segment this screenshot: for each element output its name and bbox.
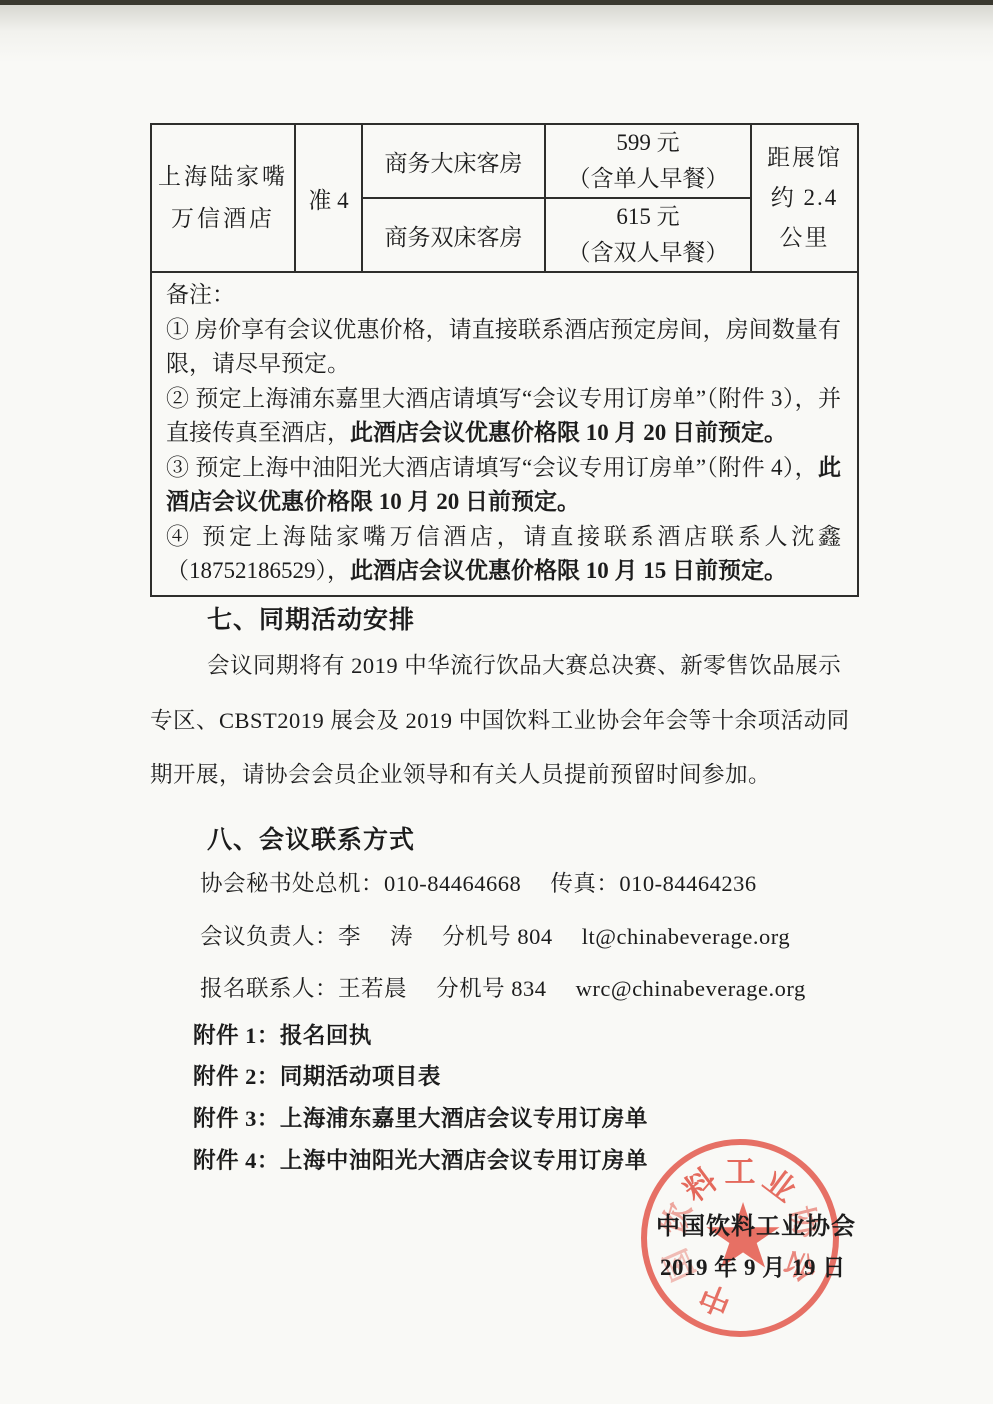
hotel-name-cell: 上海陆家嘴 万信酒店 <box>151 124 295 272</box>
attachment-item-2: 附件 2：同期活动项目表 <box>193 1059 441 1091</box>
distance-line1: 距展馆 <box>752 138 857 178</box>
room-price: 615 元 <box>546 199 750 235</box>
seal-ring-character: 料 <box>673 1156 725 1211</box>
contact-line-registration: 报名联系人：王若晨 分机号 834 wrc@chinabeverage.org <box>200 971 806 1003</box>
contact-line-switchboard: 协会秘书处总机：010-84464668 传真：010-84464236 <box>200 866 757 898</box>
attachment-item-1: 附件 1：报名回执 <box>193 1018 372 1050</box>
hotel-price-table: 上海陆家嘴 万信酒店 准 4 商务大床客房 599 元 （含单人早餐） 距展馆 … <box>150 123 859 597</box>
note-item-4: ④ 预定上海陆家嘴万信酒店，请直接联系酒店联系人沈鑫（18752186529），… <box>166 520 841 589</box>
room-price: 599 元 <box>546 125 750 161</box>
scan-artifact-shadow-band <box>0 5 993 63</box>
notes-cell: 备注： ① 房价享有会议优惠价格，请直接联系酒店预定房间，房间数量有限，请尽早预… <box>151 272 858 596</box>
hotel-rating-cell: 准 4 <box>295 124 362 272</box>
section-contact-title: 八、会议联系方式 <box>207 820 415 856</box>
note-item-2: ② 预定上海浦东嘉里大酒店请填写“会议专用订房单”（附件 3），并直接传真至酒店… <box>166 382 841 451</box>
activities-paragraph-line1: 会议同期将有 2019 中华流行饮品大赛总决赛、新零售饮品展示 <box>207 648 841 680</box>
section-activities-title: 七、同期活动安排 <box>207 600 415 636</box>
signature-organization: 中国饮料工业协会 <box>656 1206 856 1241</box>
activities-paragraph-line3: 期开展，请协会会员企业领导和有关人员提前预留时间参加。 <box>150 757 771 789</box>
seal-ring-character: 中 <box>691 1275 737 1328</box>
distance-line2: 约 2.4 <box>752 178 857 218</box>
hotel-name-line1: 上海陆家嘴 <box>152 156 294 198</box>
contact-line-leader: 会议负责人：李 涛 分机号 804 lt@chinabeverage.org <box>200 919 790 951</box>
room-price-cell: 599 元 （含单人早餐） <box>545 124 751 198</box>
room-price-cell: 615 元 （含双人早餐） <box>545 198 751 272</box>
seal-ring-character: 业 <box>756 1156 808 1211</box>
note-item-3: ③ 预定上海中油阳光大酒店请填写“会议专用订房单”（附件 4），此酒店会议优惠价… <box>166 451 841 520</box>
document-page: 上海陆家嘴 万信酒店 准 4 商务大床客房 599 元 （含单人早餐） 距展馆 … <box>0 0 993 1404</box>
hotel-distance-cell: 距展馆 约 2.4 公里 <box>751 124 858 272</box>
activities-paragraph-line2: 专区、CBST2019 展会及 2019 中国饮料工业协会年会等十余项活动同 <box>150 703 850 735</box>
attachment-item-3: 附件 3：上海浦东嘉里大酒店会议专用订房单 <box>193 1101 648 1133</box>
signature-date: 2019 年 9 月 19 日 <box>660 1249 846 1282</box>
seal-ring-character: 工 <box>725 1147 756 1192</box>
room-price-meal: （含双人早餐） <box>546 235 750 271</box>
note-item-1: ① 房价享有会议优惠价格，请直接联系酒店预定房间，房间数量有限，请尽早预定。 <box>166 313 841 382</box>
attachment-item-4: 附件 4：上海中油阳光大酒店会议专用订房单 <box>193 1143 648 1175</box>
distance-line3: 公里 <box>752 218 857 258</box>
notes-label: 备注： <box>166 278 841 313</box>
hotel-name-line2: 万信酒店 <box>152 198 294 240</box>
room-price-meal: （含单人早餐） <box>546 161 750 197</box>
room-type-cell: 商务双床客房 <box>362 198 545 272</box>
room-type-cell: 商务大床客房 <box>362 124 545 198</box>
